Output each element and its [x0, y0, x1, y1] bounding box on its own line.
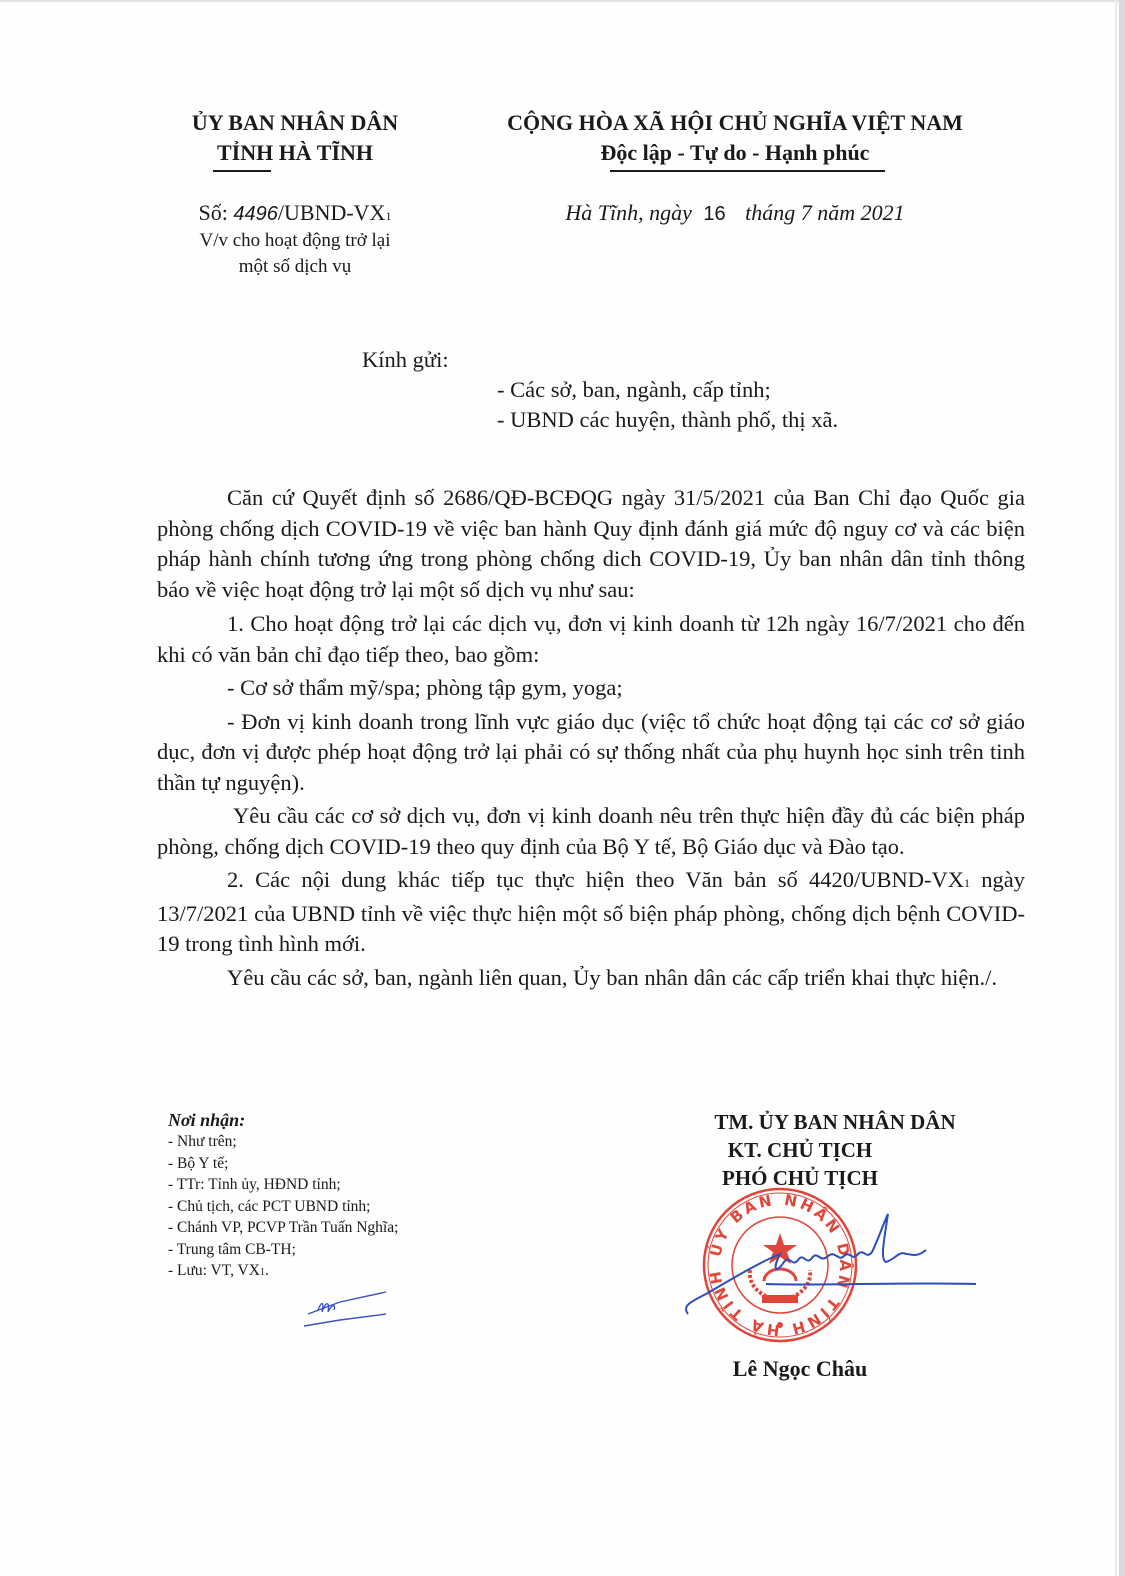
- motto-underline: [610, 170, 885, 172]
- doc-date: Hà Tĩnh, ngày 16 tháng 7 năm 2021: [470, 200, 1000, 226]
- distribution-item: - Trung tâm CB-TH;: [168, 1239, 398, 1261]
- signer-name: Lê Ngọc Châu: [650, 1356, 950, 1382]
- intro-paragraph: Căn cứ Quyết định số 2686/QĐ-BCĐQG ngày …: [157, 483, 1025, 605]
- distribution-list: Nơi nhận: - Như trên; - Bộ Y tế; - TTr: …: [168, 1110, 398, 1284]
- distribution-item: - Như trên;: [168, 1131, 398, 1153]
- recipient-item: - Các sở, ban, ngành, cấp tỉnh;: [497, 375, 771, 406]
- doc-number: Số: 4496/UBND-VX1: [160, 200, 430, 226]
- closing-paragraph: Yêu cầu các sở, ban, ngành liên quan, Ủy…: [157, 963, 1025, 994]
- distribution-item: - Lưu: VT, VX1.: [168, 1260, 398, 1284]
- agency-province: TỈNH HÀ TĨNH: [160, 140, 430, 166]
- distribution-item: - TTr: Tỉnh ủy, HĐND tỉnh;: [168, 1174, 398, 1196]
- point-1-item: - Đơn vị kinh doanh trong lĩnh vực giáo …: [157, 707, 1025, 799]
- distribution-item: - Bộ Y tế;: [168, 1153, 398, 1175]
- signature-title-2: KT. CHỦ TỊCH: [650, 1138, 950, 1163]
- nation-motto: Độc lập - Tự do - Hạnh phúc: [470, 140, 1000, 166]
- initials-signature-icon: [300, 1290, 390, 1330]
- distribution-item: - Chánh VP, PCVP Trần Tuấn Nghĩa;: [168, 1217, 398, 1239]
- page-edge-right: [1119, 0, 1125, 1576]
- point-1-requirement: Yêu cầu các cơ sở dịch vụ, đơn vị kinh d…: [157, 801, 1025, 862]
- page-edge-top: [0, 0, 1125, 2]
- point-1: 1. Cho hoạt động trở lại các dịch vụ, đơ…: [157, 609, 1025, 670]
- distribution-item: - Chủ tịch, các PCT UBND tỉnh;: [168, 1196, 398, 1218]
- page-edge-inner: [1115, 0, 1117, 1576]
- signature-title-1: TM. ỦY BAN NHÂN DÂN: [650, 1110, 1020, 1135]
- agency-underline: [213, 170, 271, 172]
- distribution-title: Nơi nhận:: [168, 1110, 398, 1131]
- recipient-item: - UBND các huyện, thành phố, thị xã.: [497, 405, 838, 436]
- document-body: Căn cứ Quyết định số 2686/QĐ-BCĐQG ngày …: [157, 483, 1025, 993]
- doc-subject-line2: một số dịch vụ: [160, 256, 430, 278]
- recipients-label: Kính gửi:: [362, 345, 449, 376]
- nation-title: CỘNG HÒA XÃ HỘI CHỦ NGHĨA VIỆT NAM: [470, 110, 1000, 136]
- point-2: 2. Các nội dung khác tiếp tục thực hiện …: [157, 865, 1025, 960]
- doc-subject-line1: V/v cho hoạt động trở lại: [160, 230, 430, 252]
- doc-number-value: 4496: [233, 203, 278, 225]
- handwritten-signature-icon: [680, 1210, 980, 1320]
- agency-name: ỦY BAN NHÂN DÂN: [160, 110, 430, 136]
- point-1-item: - Cơ sở thẩm mỹ/spa; phòng tập gym, yoga…: [157, 673, 1025, 704]
